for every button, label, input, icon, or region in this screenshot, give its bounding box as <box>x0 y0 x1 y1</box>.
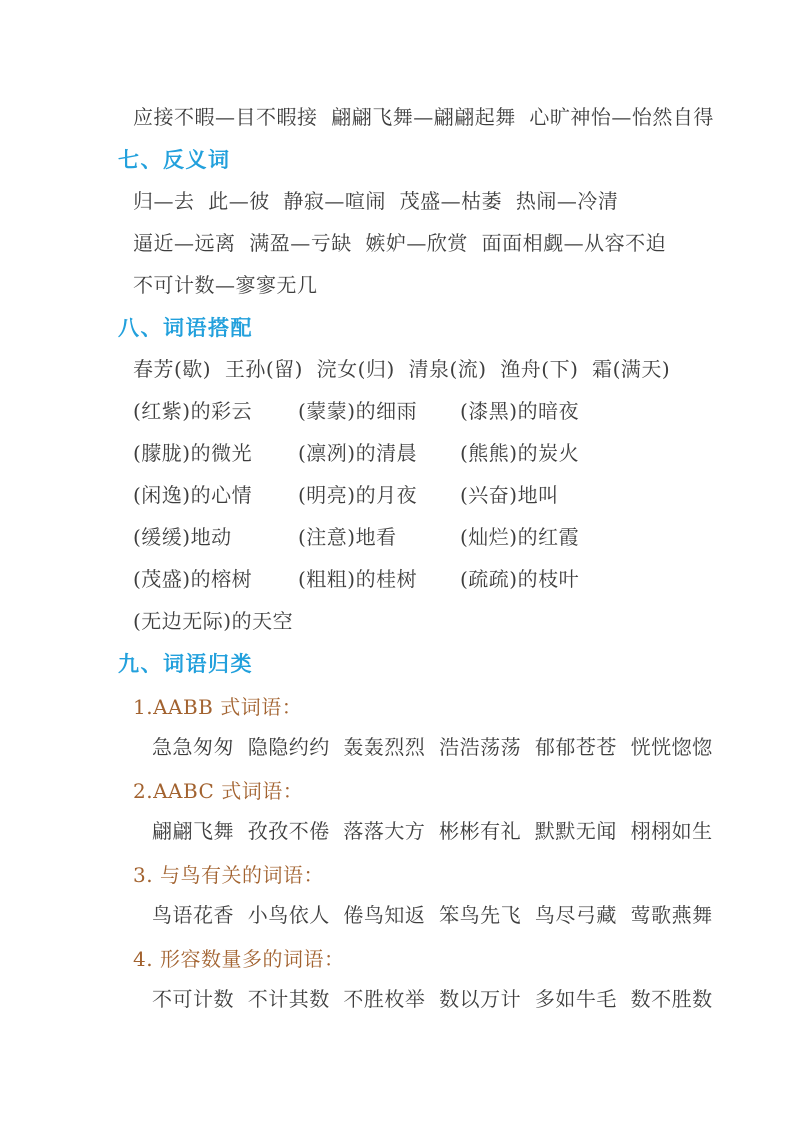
collocation-cell: (疏疏)的枝叶 <box>460 567 733 591</box>
section-collocation-heading-row: 八、词语搭配 <box>118 306 733 348</box>
category-label-row: 1.AABB 式词语： <box>118 684 733 726</box>
section-categorize-heading-row: 九、词语归类 <box>118 642 733 684</box>
antonym-line-row: 归—去 此—彼 静寂—喧闹 茂盛—枯萎 热闹—冷清 <box>118 180 733 222</box>
antonym-line-row: 逼近—远离 满盈—亏缺 嫉妒—欣赏 面面相觑—从容不迫 <box>118 222 733 264</box>
synonym-pairs-line: 应接不暇—目不暇接 翩翩飞舞—翩翩起舞 心旷神怡—怡然自得 <box>133 105 714 129</box>
category-words-many: 不可计数 不计其数 不胜枚举 数以万计 多如牛毛 数不胜数 <box>152 987 713 1011</box>
collocation-cell: (缓缓)地动 <box>133 525 298 549</box>
section-antonyms-heading-row: 七、反义词 <box>118 138 733 180</box>
section-heading-antonyms: 七、反义词 <box>118 144 231 174</box>
collocation-last-row: (无边无际)的天空 <box>118 600 733 642</box>
collocation-cell: (注意)地看 <box>298 525 460 549</box>
category-words-aabc: 翩翩飞舞 孜孜不倦 落落大方 彬彬有礼 默默无闻 栩栩如生 <box>152 819 713 843</box>
collocation-cell: (凛冽)的清晨 <box>298 441 460 465</box>
collocation-cell: (粗粗)的桂树 <box>298 567 460 591</box>
poem-collocation-line: 春芳(歇) 王孙(留) 浣女(归) 清泉(流) 渔舟(下) 霜(满天) <box>133 357 670 381</box>
collocation-cell: (熊熊)的炭火 <box>460 441 733 465</box>
collocation-row: (茂盛)的榕树 (粗粗)的桂树 (疏疏)的枝叶 <box>118 558 733 600</box>
antonym-line-2: 逼近—远离 满盈—亏缺 嫉妒—欣赏 面面相觑—从容不迫 <box>133 231 666 255</box>
category-words-aabb: 急急匆匆 隐隐约约 轰轰烈烈 浩浩荡荡 郁郁苍苍 恍恍惚惚 <box>152 735 713 759</box>
section-heading-collocation: 八、词语搭配 <box>118 312 253 342</box>
collocation-cell: (红紫)的彩云 <box>133 399 298 423</box>
collocation-cell: (兴奋)地叫 <box>460 483 733 507</box>
category-label-aabb: 1.AABB 式词语： <box>133 691 302 720</box>
collocation-cell: (灿烂)的红霞 <box>460 525 733 549</box>
antonym-line-row: 不可计数—寥寥无几 <box>118 264 733 306</box>
category-label-bird: 3. 与鸟有关的词语： <box>133 859 324 888</box>
category-words-row: 不可计数 不计其数 不胜枚举 数以万计 多如牛毛 数不胜数 <box>118 978 733 1020</box>
collocation-cell: (漆黑)的暗夜 <box>460 399 733 423</box>
category-label-aabc: 2.AABC 式词语： <box>133 775 303 804</box>
category-words-bird: 鸟语花香 小鸟依人 倦鸟知返 笨鸟先飞 鸟尽弓藏 莺歌燕舞 <box>152 903 713 927</box>
category-label-row: 2.AABC 式词语： <box>118 768 733 810</box>
poem-collocation-row: 春芳(歇) 王孙(留) 浣女(归) 清泉(流) 渔舟(下) 霜(满天) <box>118 348 733 390</box>
collocation-row: (闲逸)的心情 (明亮)的月夜 (兴奋)地叫 <box>118 474 733 516</box>
collocation-row: (朦胧)的微光 (凛冽)的清晨 (熊熊)的炭火 <box>118 432 733 474</box>
category-words-row: 急急匆匆 隐隐约约 轰轰烈烈 浩浩荡荡 郁郁苍苍 恍恍惚惚 <box>118 726 733 768</box>
category-label-row: 4. 形容数量多的词语： <box>118 936 733 978</box>
collocation-cell: (茂盛)的榕树 <box>133 567 298 591</box>
synonym-pairs-row: 应接不暇—目不暇接 翩翩飞舞—翩翩起舞 心旷神怡—怡然自得 <box>118 96 733 138</box>
category-words-row: 翩翩飞舞 孜孜不倦 落落大方 彬彬有礼 默默无闻 栩栩如生 <box>118 810 733 852</box>
collocation-last-line: (无边无际)的天空 <box>133 609 293 633</box>
category-label-many: 4. 形容数量多的词语： <box>133 943 344 972</box>
collocation-cell: (蒙蒙)的细雨 <box>298 399 460 423</box>
section-heading-categorize: 九、词语归类 <box>118 648 253 678</box>
collocation-cell: (朦胧)的微光 <box>133 441 298 465</box>
category-label-row: 3. 与鸟有关的词语： <box>118 852 733 894</box>
collocation-cell: (闲逸)的心情 <box>133 483 298 507</box>
collocation-cell: (明亮)的月夜 <box>298 483 460 507</box>
category-words-row: 鸟语花香 小鸟依人 倦鸟知返 笨鸟先飞 鸟尽弓藏 莺歌燕舞 <box>118 894 733 936</box>
antonym-line-1: 归—去 此—彼 静寂—喧闹 茂盛—枯萎 热闹—冷清 <box>133 189 618 213</box>
collocation-row: (缓缓)地动 (注意)地看 (灿烂)的红霞 <box>118 516 733 558</box>
collocation-row: (红紫)的彩云 (蒙蒙)的细雨 (漆黑)的暗夜 <box>118 390 733 432</box>
antonym-line-3: 不可计数—寥寥无几 <box>133 273 318 297</box>
document-page: 应接不暇—目不暇接 翩翩飞舞—翩翩起舞 心旷神怡—怡然自得 七、反义词 归—去 … <box>0 0 793 1122</box>
